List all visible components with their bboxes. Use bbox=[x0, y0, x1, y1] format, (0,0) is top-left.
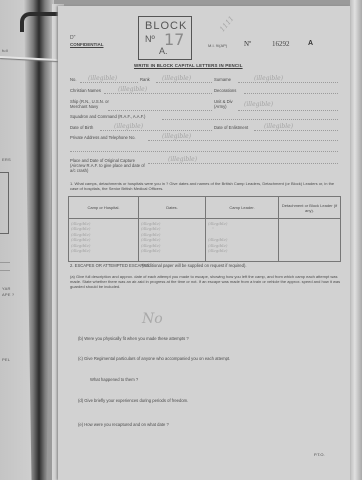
column-header-camp: Camp or Hospital. bbox=[69, 197, 139, 219]
reference-no-label: Nº bbox=[244, 40, 251, 48]
field-label-rank: Rank bbox=[140, 77, 150, 82]
questionnaire-page: BLOCK Nº 17 A. 1111 D" CONFIDENTIAL M.I.… bbox=[58, 6, 350, 480]
field-line-ship bbox=[108, 110, 212, 111]
field-label-date-of-birth: Date of Birth bbox=[70, 125, 93, 130]
left-page-fragment: full bbox=[2, 48, 8, 53]
classification-superscript: D" bbox=[70, 35, 75, 41]
field-value-date-of-enlistment: (illegible) bbox=[264, 123, 293, 130]
question-2c-text: (c) Give Regimental particulars of anyon… bbox=[78, 356, 230, 361]
field-line-place-of-capture bbox=[148, 163, 338, 164]
field-label-unit: Unit & Div (Army) bbox=[214, 99, 236, 109]
left-page-fragment: APE ? bbox=[2, 292, 14, 297]
corner-handwritten-note: 1111 bbox=[218, 15, 236, 34]
left-page-fragment: ERS bbox=[2, 157, 11, 162]
field-label-surname: Surname bbox=[214, 77, 231, 82]
question-2a-answer: No bbox=[142, 311, 163, 327]
field-line-rank bbox=[156, 82, 212, 83]
field-line-no bbox=[80, 82, 138, 83]
reference-suffix: A bbox=[308, 40, 313, 47]
field-value-private-address: (illegible) bbox=[162, 133, 191, 140]
cell-camps: (illegible) (illegible) (illegible) (ill… bbox=[69, 219, 139, 262]
field-value-no: (illegible) bbox=[88, 75, 117, 82]
column-header-camp-leader: Camp Leader. bbox=[206, 197, 279, 219]
field-line-date-of-birth bbox=[100, 130, 212, 131]
field-label-date-of-enlistment: Date of Enlistment bbox=[214, 125, 248, 130]
please-turn-over: P.T.O. bbox=[314, 452, 325, 457]
camps-table: Camp or Hospital. Dates. Camp Leader. De… bbox=[68, 196, 341, 262]
table-row: (illegible) (illegible) (illegible) (ill… bbox=[69, 219, 341, 262]
section-2-title: 2. ESCAPES OR ATTEMPTED ESCAPES. bbox=[70, 263, 150, 268]
block-stamp-no-label: Nº bbox=[145, 34, 155, 44]
field-line-private-address-2 bbox=[70, 151, 338, 152]
field-line-squadron bbox=[162, 119, 338, 120]
cell-dates: (illegible) (illegible) (illegible) (ill… bbox=[139, 219, 206, 262]
field-value-surname: (illegible) bbox=[254, 75, 283, 82]
question-2c-followup: What happened to them ? bbox=[90, 377, 138, 382]
left-page-table-edge bbox=[0, 172, 9, 234]
question-2a-text: (a) Give full description and approx. da… bbox=[70, 274, 342, 289]
field-line-private-address bbox=[148, 140, 338, 141]
field-label-christian-names: Christian Names bbox=[70, 88, 101, 93]
field-label-private-address: Private Address and Telephone No. bbox=[70, 135, 136, 140]
left-page-fragment: YAR bbox=[2, 286, 11, 291]
form-code: M.I. 9/(AP) bbox=[208, 43, 227, 48]
block-stamp: BLOCK Nº 17 A. bbox=[138, 16, 192, 60]
pencil-instruction: WRITE IN BLOCK CAPITAL LETTERS IN PENCIL bbox=[134, 63, 243, 68]
left-page-rule bbox=[0, 270, 10, 271]
field-value-place-of-capture: (illegible) bbox=[168, 156, 197, 163]
left-page-rule bbox=[0, 262, 10, 263]
cell-block-leaders bbox=[279, 219, 341, 262]
field-line-surname bbox=[238, 82, 338, 83]
left-page-fragment: PEL bbox=[2, 357, 10, 362]
page-stack-right-edge bbox=[350, 0, 362, 480]
cell-camp-leaders: (illegible) " (illegible) (illegible) (i… bbox=[206, 219, 279, 262]
question-1-text: 1. What camps, detachments or hospitals … bbox=[70, 181, 342, 191]
binder-clip bbox=[20, 12, 58, 32]
field-label-decorations: Decorations bbox=[214, 88, 236, 93]
reference-number: 16292 bbox=[272, 40, 290, 48]
field-label-place-of-capture: Place and Date of Original Capture (Airc… bbox=[70, 158, 145, 173]
classification-label: CONFIDENTIAL bbox=[70, 42, 104, 47]
block-stamp-letter: A. bbox=[159, 46, 168, 56]
field-value-christian-names: (illegible) bbox=[118, 86, 147, 93]
question-2d-text: (d) Give briefly your experiences during… bbox=[78, 398, 188, 403]
section-2-note: (Additional paper will be supplied on re… bbox=[142, 263, 247, 268]
field-line-christian-names bbox=[104, 93, 212, 94]
camps-table-header-row: Camp or Hospital. Dates. Camp Leader. De… bbox=[69, 197, 341, 219]
field-line-unit bbox=[238, 110, 338, 111]
column-header-block-leader: Detachment or Block Leader (if any). bbox=[279, 197, 341, 219]
field-label-ship: Ship (R.N., U.S.N. or Merchant Navy bbox=[70, 99, 110, 109]
field-label-no: No. bbox=[70, 77, 77, 82]
field-label-squadron: Squadron and Command (R.A.F., A.A.F.) bbox=[70, 114, 145, 119]
question-2e-text: (e) How were you recaptured and on what … bbox=[78, 422, 169, 427]
question-2b-text: (b) Were you physically fit when you mad… bbox=[78, 336, 189, 341]
field-value-rank: (illegible) bbox=[162, 75, 191, 82]
column-header-dates: Dates. bbox=[139, 197, 206, 219]
field-value-unit: (illegible) bbox=[244, 101, 273, 108]
field-value-date-of-birth: (illegible) bbox=[114, 123, 143, 130]
field-line-decorations bbox=[244, 93, 338, 94]
field-line-date-of-enlistment bbox=[254, 130, 338, 131]
